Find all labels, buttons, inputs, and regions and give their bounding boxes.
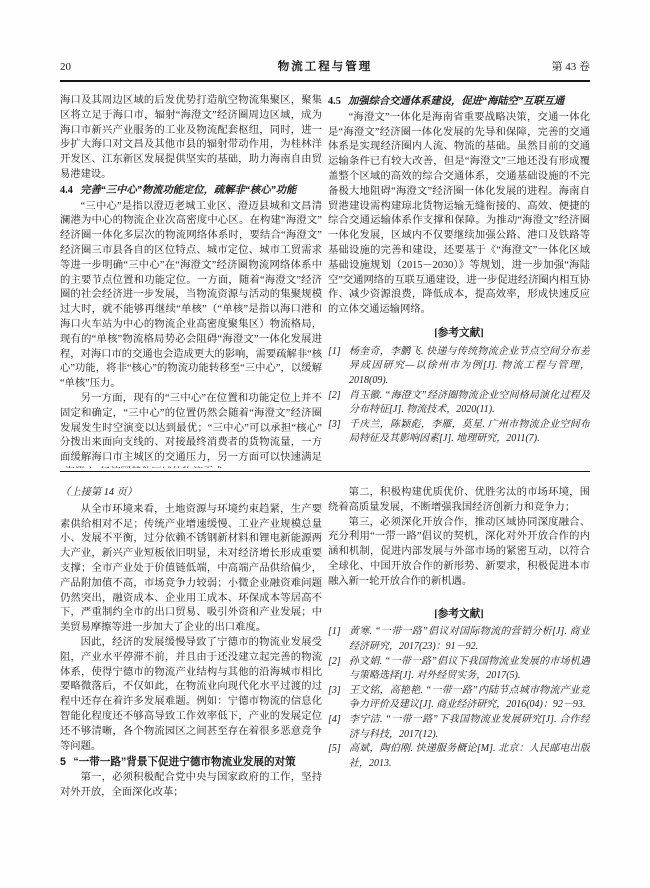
- body-paragraph: “海澄文”一体化是海南省重要战略决策，交通一体化是“海澄文”经济圈一体化发展的先…: [328, 111, 590, 318]
- body-paragraph: 第三，必须深化开放合作，推动区域协同深度融合、充分利用“一带一路”倡议的契机，深…: [328, 516, 590, 590]
- body-paragraph: 海口及其周边区域的后发优势打造航空物流集聚区，聚集区将立足于海口市，辐射“海澄文…: [60, 94, 322, 183]
- section-heading-5: 5“一带一路”背景下促进宁德市物流业发展的对策: [60, 755, 322, 770]
- volume-label: 第 43 卷: [458, 60, 591, 74]
- reference-number: [5]: [328, 742, 341, 757]
- reference-item: [2] 肖玉徽. “海澄文”经济圈物流企业空间格局演化过程及分布特征[J]. 物…: [328, 389, 590, 418]
- reference-text: 千庆兰，陈颖彪，李雁，莫星. 广州市物流企业空间布局特征及其影响因素[J]. 地…: [349, 419, 590, 445]
- reference-number: [3]: [328, 418, 341, 433]
- reference-item: [5] 高斌，陶伯刚. 快递服务概论[M]. 北京：人民邮电出版社，2013.: [328, 742, 590, 771]
- body-paragraph: 另一方面，现有的“三中心”在位置和功能定位上并不固定和确定，“三中心”的位置仍然…: [60, 392, 322, 468]
- reference-number: [4]: [328, 713, 341, 728]
- reference-text: 王文铭，高艳艳. “一带一路”内陆节点城市物流产业竞争力评价及建议[J]. 商业…: [349, 685, 590, 711]
- reference-text: 杨奎奇，李鹏飞. 快递与传统物流企业节点空间分布差异成因研究—以徐州市为例[J]…: [349, 346, 590, 386]
- references-list: [1] 黄寒. “一带一路”倡议对国际物流的营销分析[J]. 商业经济研究，20…: [328, 625, 590, 771]
- header-rule: [60, 80, 590, 82]
- reference-text: 孙文娟. “一带一路”倡议下我国物流业发展的市场机遇与策略选择[J]. 对外经贸…: [349, 656, 590, 682]
- journal-page: 20 物流工程与管理 第 43 卷 海口及其周边区域的后发优势打造航空物流集聚区…: [0, 0, 650, 888]
- body-paragraph: 从全市环境来看，土地资源与环境约束趋紧，生产要素供给相对不足；传统产业增速缓慢、…: [60, 503, 322, 636]
- reference-text: 肖玉徽. “海澄文”经济圈物流企业空间格局演化过程及分布特征[J]. 物流技术，…: [349, 390, 590, 416]
- continued-from-note: （上接第 14 页）: [60, 486, 322, 501]
- column-top-right: 4.5加强综合交通体系建设，促进“海陆空”互联互通 “海澄文”一体化是海南省重要…: [328, 94, 590, 468]
- reference-number: [2]: [328, 389, 341, 404]
- section-heading-4-4: 4.4完善“三中心”物流功能定位，疏解非“核心”功能: [60, 184, 322, 199]
- reference-text: 李宁洁. “一带一路”下我国物流业发展研究[J]. 合作经济与科技，2017(1…: [349, 714, 590, 740]
- page-header: 20 物流工程与管理 第 43 卷: [60, 60, 590, 74]
- reference-item: [3] 王文铭，高艳艳. “一带一路”内陆节点城市物流产业竞争力评价及建议[J]…: [328, 684, 590, 713]
- column-bottom-left: （上接第 14 页） 从全市环境来看，土地资源与环境约束趋紧，生产要素供给相对不…: [60, 486, 322, 876]
- reference-text: 高斌，陶伯刚. 快递服务概论[M]. 北京：人民邮电出版社，2013.: [349, 743, 590, 769]
- journal-title: 物流工程与管理: [193, 60, 458, 74]
- references-heading: [参考文献]: [328, 608, 590, 623]
- reference-item: [4] 李宁洁. “一带一路”下我国物流业发展研究[J]. 合作经济与科技，20…: [328, 713, 590, 742]
- reference-item: [2] 孙文娟. “一带一路”倡议下我国物流业发展的市场机遇与策略选择[J]. …: [328, 655, 590, 684]
- reference-text: 黄寒. “一带一路”倡议对国际物流的营销分析[J]. 商业经济研究，2017(2…: [349, 626, 590, 652]
- reference-number: [3]: [328, 684, 341, 699]
- reference-item: [3] 千庆兰，陈颖彪，李雁，莫星. 广州市物流企业空间布局特征及其影响因素[J…: [328, 418, 590, 447]
- body-paragraph: 第二，积极构建优质优价、优胜劣汰的市场环境，围绕着高质量发展，不断增强我国经济创…: [328, 486, 590, 516]
- reference-number: [1]: [328, 345, 341, 360]
- section-number: 4.4: [60, 185, 73, 196]
- references-list: [1] 杨奎奇，李鹏飞. 快递与传统物流企业节点空间分布差异成因研究—以徐州市为…: [328, 345, 590, 447]
- section-title: “一带一路”背景下促进宁德市物流业发展的对策: [66, 756, 296, 768]
- page-number: 20: [60, 60, 193, 74]
- article-divider-rule: [60, 471, 590, 472]
- body-paragraph: 第一，必须积极配合党中央与国家政府的工作，坚持对外开放，全面深化改革；: [60, 771, 322, 801]
- body-paragraph: 因此，经济的发展缓慢导致了宁德市的物流业发展受阻，产业水平停滞不前，并且由于还没…: [60, 636, 322, 754]
- reference-number: [2]: [328, 655, 341, 670]
- section-number: 4.5: [328, 96, 341, 107]
- reference-number: [1]: [328, 625, 341, 640]
- reference-item: [1] 杨奎奇，李鹏飞. 快递与传统物流企业节点空间分布差异成因研究—以徐州市为…: [328, 345, 590, 389]
- section-title: 加强综合交通体系建设，促进“海陆空”互联互通: [341, 96, 564, 107]
- column-top-left: 海口及其周边区域的后发优势打造航空物流集聚区，聚集区将立足于海口市，辐射“海澄文…: [60, 94, 322, 468]
- references-heading: [参考文献]: [328, 327, 590, 342]
- section-heading-4-5: 4.5加强综合交通体系建设，促进“海陆空”互联互通: [328, 95, 590, 110]
- section-title: 完善“三中心”物流功能定位，疏解非“核心”功能: [73, 185, 296, 196]
- reference-item: [1] 黄寒. “一带一路”倡议对国际物流的营销分析[J]. 商业经济研究，20…: [328, 625, 590, 654]
- body-paragraph: “三中心”是指以澄迈老城工业区、澄迈县城和文昌清澜港为中心的物流企业次高密度中心…: [60, 200, 322, 392]
- column-bottom-right: 第二，积极构建优质优价、优胜劣汰的市场环境，围绕着高质量发展，不断增强我国经济创…: [328, 486, 590, 876]
